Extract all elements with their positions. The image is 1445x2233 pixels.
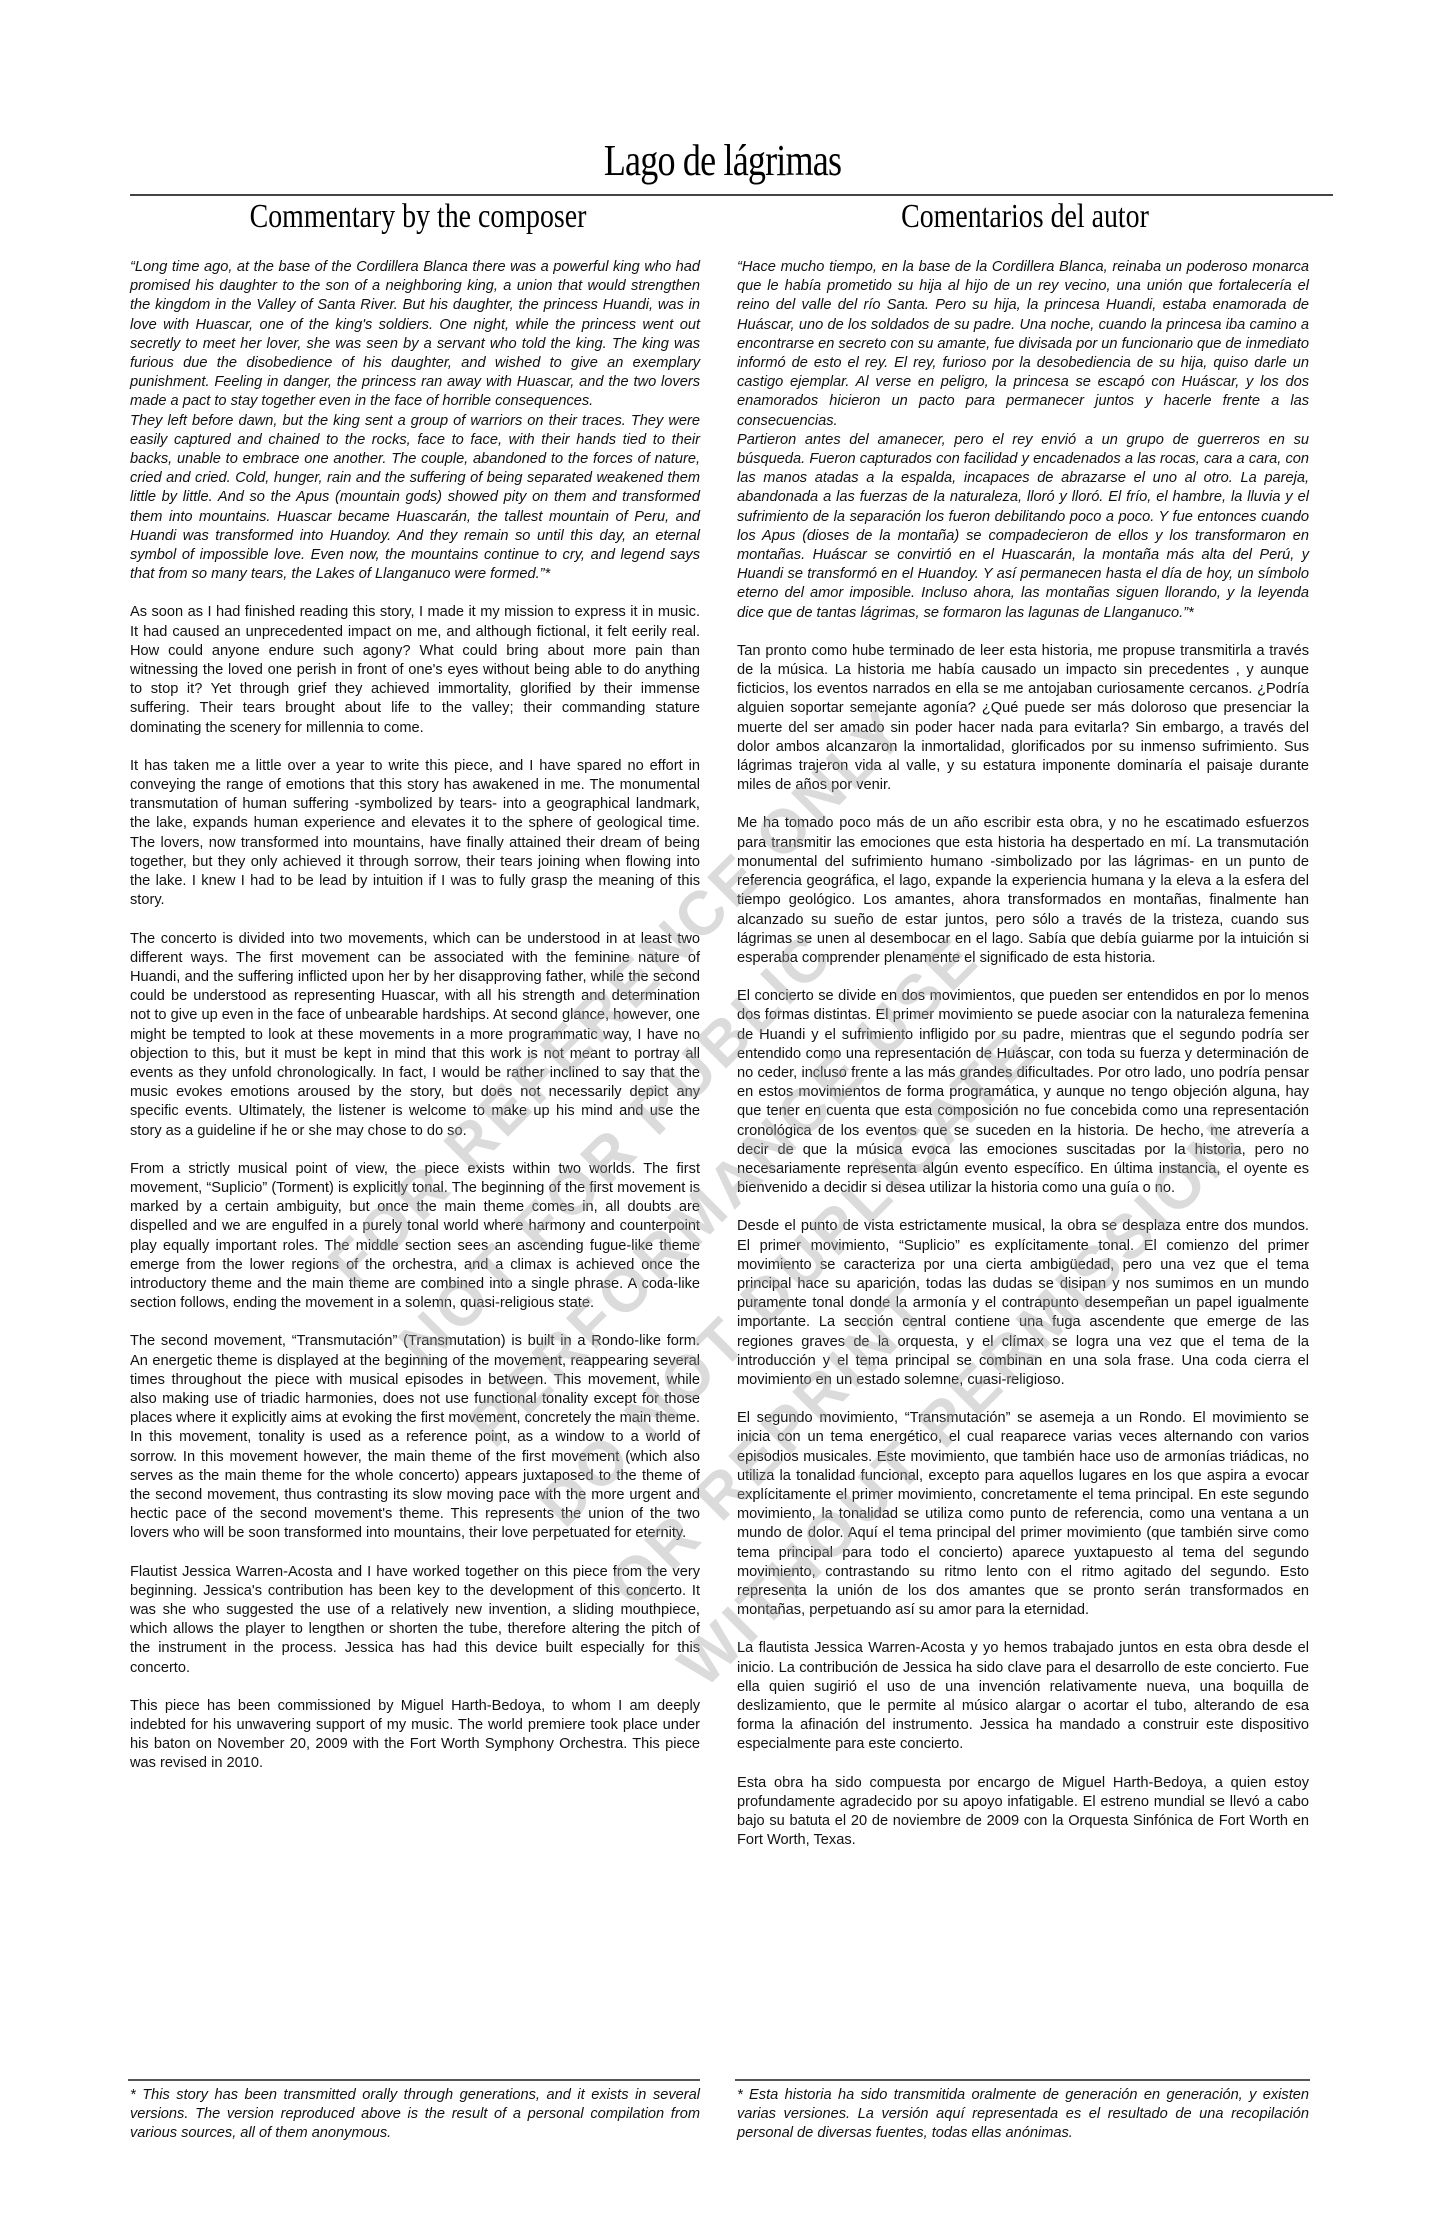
spanish-paragraph: El segundo movimiento, “Transmutación” s… [737, 1409, 1309, 1620]
english-paragraph: From a strictly musical point of view, t… [130, 1160, 700, 1314]
spanish-footnote: * Esta historia ha sido transmitida oral… [737, 2086, 1309, 2144]
spanish-paragraph: La flautista Jessica Warren-Acosta y yo … [737, 1639, 1309, 1754]
spanish-story-paragraph: Partieron antes del amanecer, pero el re… [737, 431, 1309, 623]
english-paragraph: As soon as I had finished reading this s… [130, 603, 700, 737]
spanish-paragraph: Me ha tomado poco más de un año escribir… [737, 814, 1309, 968]
page-title: Lago de lágrimas [130, 136, 1315, 186]
spanish-story: “Hace mucho tiempo, en la base de la Cor… [737, 258, 1309, 623]
english-column-heading: Commentary by the composer [180, 196, 656, 238]
english-story-paragraph: They left before dawn, but the king sent… [130, 412, 700, 585]
document-page: Lago de lágrimas Commentary by the compo… [0, 0, 1445, 2233]
spanish-story-paragraph: “Hace mucho tiempo, en la base de la Cor… [737, 258, 1309, 431]
spanish-footnote-divider [735, 2079, 1310, 2081]
english-footnote-divider [128, 2079, 700, 2081]
english-paragraph: Flautist Jessica Warren-Acosta and I hav… [130, 1563, 700, 1678]
spanish-paragraph: El concierto se divide en dos movimiento… [737, 987, 1309, 1198]
english-paragraph: It has taken me a little over a year to … [130, 757, 700, 911]
english-story: “Long time ago, at the base of the Cordi… [130, 258, 700, 584]
spanish-paragraph: Tan pronto como hube terminado de leer e… [737, 642, 1309, 796]
spanish-column: “Hace mucho tiempo, en la base de la Cor… [737, 258, 1309, 1869]
english-paragraph: This piece has been commissioned by Migu… [130, 1697, 700, 1774]
spanish-column-heading: Comentarios del autor [783, 196, 1267, 238]
english-paragraph: The concerto is divided into two movemen… [130, 930, 700, 1141]
english-footnote: * This story has been transmitted orally… [130, 2086, 700, 2144]
spanish-paragraph: Desde el punto de vista estrictamente mu… [737, 1217, 1309, 1390]
spanish-paragraph: Esta obra ha sido compuesta por encargo … [737, 1774, 1309, 1851]
english-story-paragraph: “Long time ago, at the base of the Cordi… [130, 258, 700, 412]
english-paragraph: The second movement, “Transmutación” (Tr… [130, 1332, 700, 1543]
english-column: “Long time ago, at the base of the Cordi… [130, 258, 700, 1793]
